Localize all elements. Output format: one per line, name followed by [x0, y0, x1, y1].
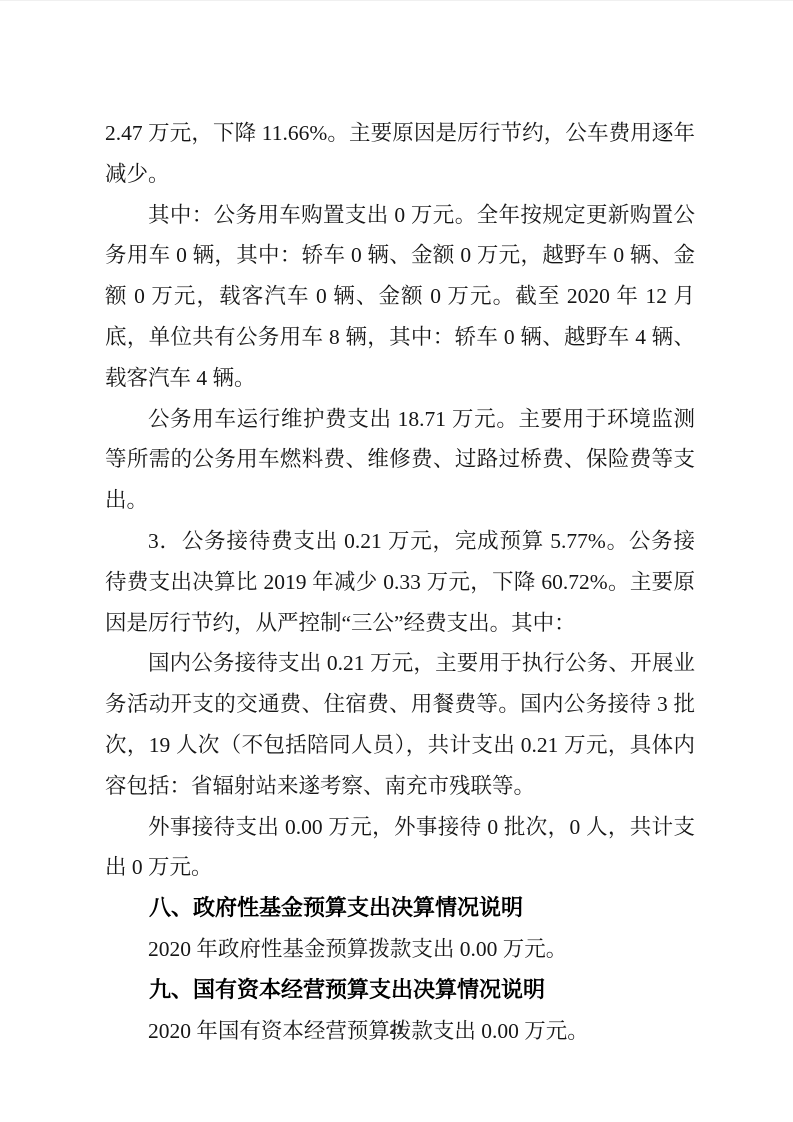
- paragraph-vehicle-purchase: 其中：公务用车购置支出 0 万元。全年按规定更新购置公务用车 0 辆，其中：轿车…: [105, 195, 695, 399]
- paragraph-government-funds: 2020 年政府性基金预算拨款支出 0.00 万元。: [105, 929, 695, 970]
- paragraph-official-reception: 3．公务接待费支出 0.21 万元，完成预算 5.77%。公务接待费支出决算比 …: [105, 521, 695, 643]
- page-number: 21: [0, 1023, 793, 1037]
- paragraph-domestic-reception: 国内公务接待支出 0.21 万元，主要用于执行公务、开展业务活动开支的交通费、住…: [105, 643, 695, 806]
- paragraph-foreign-reception: 外事接待支出 0.00 万元，外事接待 0 批次，0 人，共计支出 0 万元。: [105, 807, 695, 889]
- document-content: 2.47 万元，下降 11.66%。主要原因是厉行节约，公车费用逐年减少。 其中…: [105, 113, 695, 1051]
- section-heading-state-capital: 九、国有资本经营预算支出决算情况说明: [105, 970, 695, 1011]
- paragraph-vehicle-maintenance: 公务用车运行维护费支出 18.71 万元。主要用于环境监测等所需的公务用车燃料费…: [105, 399, 695, 521]
- document-page: 2.47 万元，下降 11.66%。主要原因是厉行节约，公车费用逐年减少。 其中…: [0, 0, 793, 1122]
- paragraph-vehicle-cost-continuation: 2.47 万元，下降 11.66%。主要原因是厉行节约，公车费用逐年减少。: [105, 113, 695, 195]
- section-heading-government-funds: 八、政府性基金预算支出决算情况说明: [105, 888, 695, 929]
